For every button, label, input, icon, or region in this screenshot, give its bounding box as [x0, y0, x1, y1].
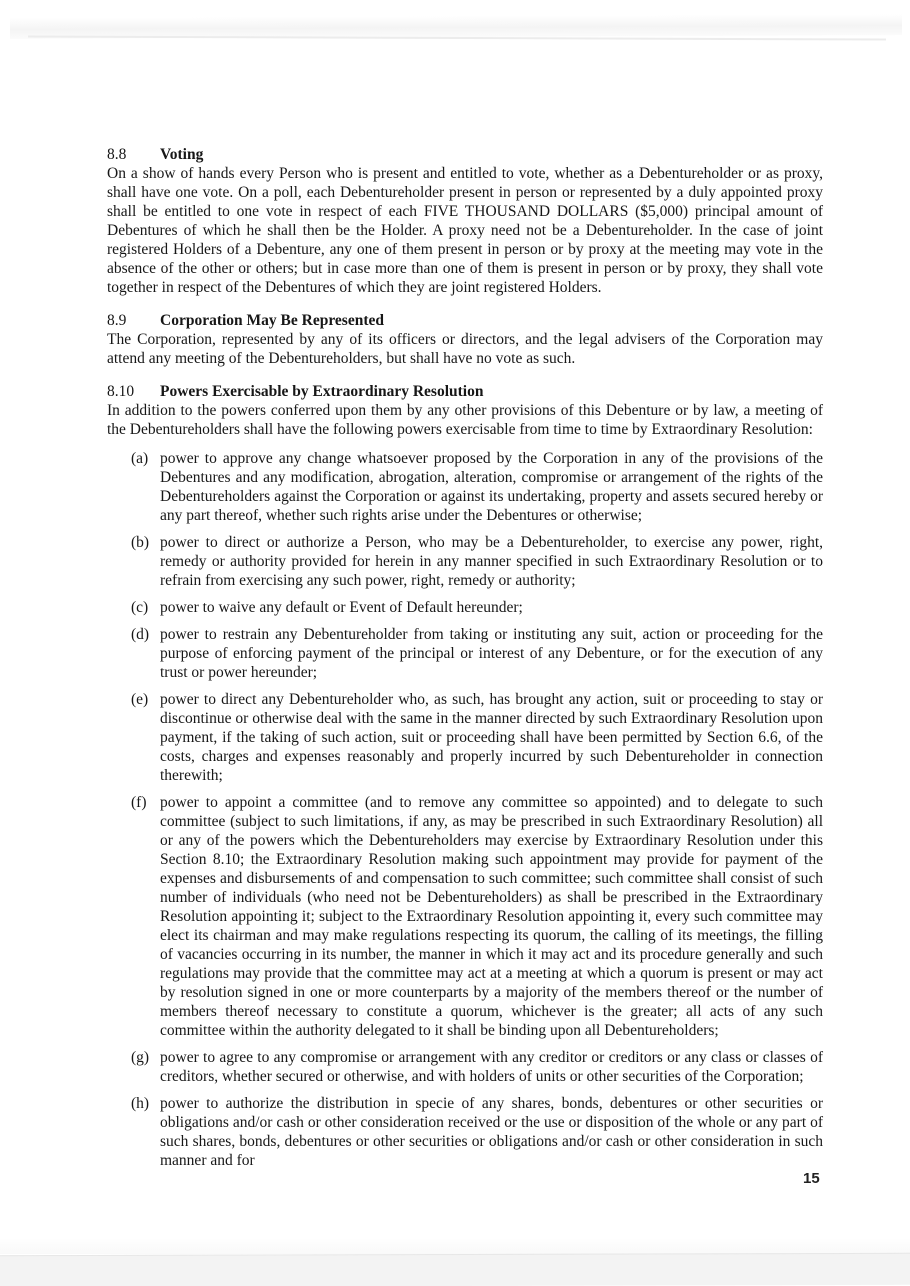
- list-item-e: (e) power to direct any Debentureholder …: [131, 690, 823, 785]
- section-body-powers-intro: In addition to the powers conferred upon…: [107, 401, 823, 439]
- list-item-a: (a) power to approve any change whatsoev…: [131, 449, 823, 525]
- list-item-g: (g) power to agree to any compromise or …: [131, 1048, 823, 1086]
- section-number: 8.9: [107, 311, 160, 330]
- section-title: Corporation May Be Represented: [160, 311, 384, 330]
- list-item-text: power to approve any change whatsoever p…: [160, 449, 823, 525]
- list-item-text: power to agree to any compromise or arra…: [160, 1048, 823, 1086]
- page-number: 15: [803, 1170, 820, 1187]
- document-content: 8.8 Voting On a show of hands every Pers…: [107, 145, 823, 1178]
- list-item-text: power to appoint a committee (and to rem…: [160, 793, 823, 1040]
- list-item-f: (f) power to appoint a committee (and to…: [131, 793, 823, 1040]
- section-body-corporation-represented: The Corporation, represented by any of i…: [107, 330, 823, 368]
- section-body-voting: On a show of hands every Person who is p…: [107, 164, 823, 297]
- list-item-text: power to waive any default or Event of D…: [160, 598, 823, 617]
- section-heading-8-10: 8.10 Powers Exercisable by Extraordinary…: [107, 382, 823, 401]
- list-item-label: (c): [131, 598, 160, 617]
- section-number: 8.8: [107, 145, 160, 164]
- scanned-document-page: 8.8 Voting On a show of hands every Pers…: [0, 0, 910, 1286]
- scan-artifact-bottom-band: [0, 1253, 910, 1286]
- list-item-label: (f): [131, 793, 160, 1040]
- section-title: Voting: [160, 145, 203, 164]
- list-item-label: (b): [131, 533, 160, 590]
- list-item-label: (e): [131, 690, 160, 785]
- list-item-label: (g): [131, 1048, 160, 1086]
- list-item-c: (c) power to waive any default or Event …: [131, 598, 823, 617]
- list-item-label: (h): [131, 1094, 160, 1170]
- list-item-text: power to direct or authorize a Person, w…: [160, 533, 823, 590]
- powers-list: (a) power to approve any change whatsoev…: [107, 449, 823, 1170]
- list-item-label: (a): [131, 449, 160, 525]
- section-title: Powers Exercisable by Extraordinary Reso…: [160, 382, 483, 401]
- list-item-h: (h) power to authorize the distribution …: [131, 1094, 823, 1170]
- section-heading-8-9: 8.9 Corporation May Be Represented: [107, 311, 823, 330]
- section-number: 8.10: [107, 382, 160, 401]
- section-heading-8-8: 8.8 Voting: [107, 145, 823, 164]
- list-item-label: (d): [131, 625, 160, 682]
- list-item-text: power to direct any Debentureholder who,…: [160, 690, 823, 785]
- list-item-text: power to authorize the distribution in s…: [160, 1094, 823, 1170]
- list-item-d: (d) power to restrain any Debentureholde…: [131, 625, 823, 682]
- scan-artifact-bottom-soft: [0, 1238, 910, 1254]
- list-item-text: power to restrain any Debentureholder fr…: [160, 625, 823, 682]
- list-item-b: (b) power to direct or authorize a Perso…: [131, 533, 823, 590]
